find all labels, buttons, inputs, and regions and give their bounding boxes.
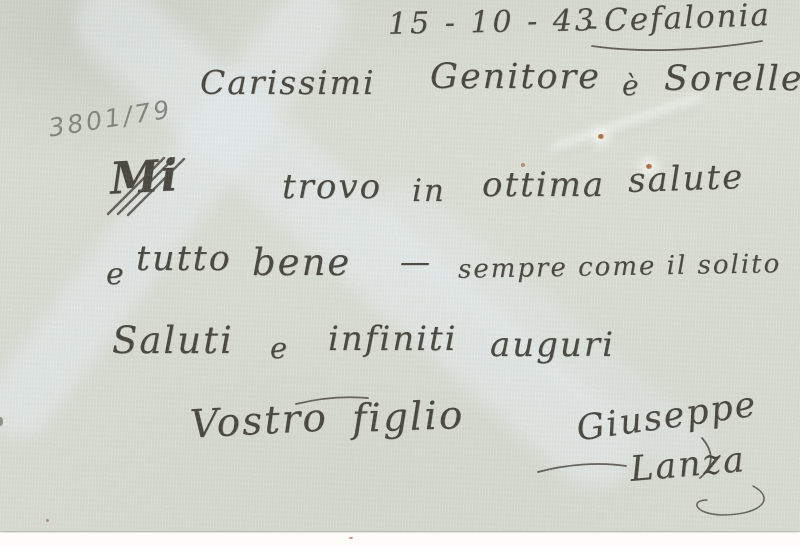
- salutation-word-genitore: Genitore: [430, 60, 601, 95]
- body-line2-dash: —: [400, 248, 432, 278]
- body-line2-word-bene: bene: [252, 244, 351, 281]
- body-line3-word-saluti: Saluti: [112, 322, 234, 359]
- closing-word-figlio: figlio: [351, 396, 465, 439]
- scan-background-strip: [0, 533, 800, 546]
- closing-word-vostro: Vostro: [189, 398, 329, 444]
- body-line1-word-in: in: [412, 176, 446, 207]
- cefalonia-underline-stroke: [592, 41, 762, 50]
- dateline-place: Cefalonia: [604, 0, 772, 37]
- rust-speck: [46, 519, 49, 522]
- pinhole-mark: [598, 134, 604, 139]
- red-speck: [349, 537, 353, 539]
- signature-surname: Lanza: [629, 443, 748, 488]
- dateline-date: 15 - 10 - 43: [388, 6, 597, 40]
- body-line1-word-salute: salute: [627, 160, 744, 198]
- postcard-paper: 15 - 10 - 43 - Cefalonia 3801/79 Carissi…: [0, 0, 800, 532]
- body-line3-word-e: e: [270, 334, 289, 363]
- body-line1-word-trovo: trovo: [282, 170, 382, 204]
- paper-crease: [550, 92, 706, 159]
- body-line2-word-tutto: tutto: [136, 242, 232, 277]
- body-line3-word-infiniti: infiniti: [328, 322, 458, 356]
- body-line2-phrase: sempre come il solito: [458, 251, 782, 283]
- salutation-word-carissimi: Carissimi: [200, 66, 376, 99]
- reference-number: 3801/79: [47, 96, 174, 140]
- body-line2-word-e: e: [106, 260, 126, 290]
- body-line3-word-auguri: auguri: [490, 328, 615, 362]
- salutation-word-e: è: [622, 72, 641, 100]
- dateline-separator: -: [588, 12, 599, 40]
- body-line1-word-mi: Mi: [109, 154, 181, 202]
- postcard-scan: 15 - 10 - 43 - Cefalonia 3801/79 Carissi…: [0, 0, 800, 546]
- body-line1-word-ottima: ottima: [482, 168, 605, 202]
- salutation-word-sorelle: Sorelle: [664, 62, 800, 97]
- signature-underswash: [697, 486, 764, 515]
